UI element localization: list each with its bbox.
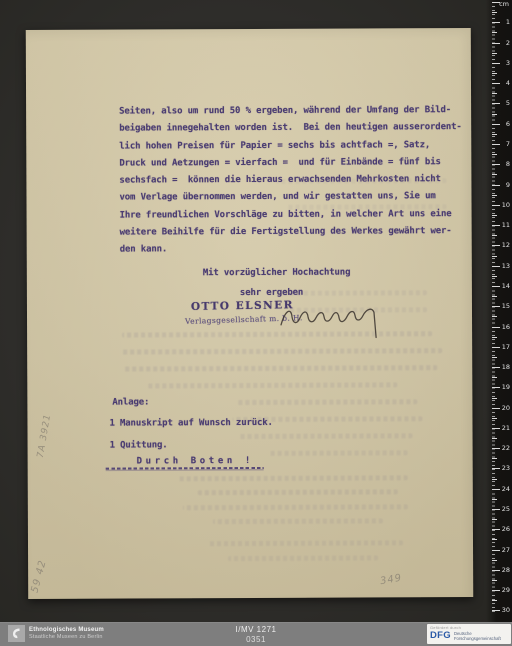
ruler-unit-label: cm: [499, 0, 509, 8]
ruler-tick-mid: [492, 499, 497, 500]
ruler-number: 13: [498, 262, 510, 270]
ruler-tick-mid: [492, 12, 497, 13]
ruler-tick-mid: [492, 154, 497, 155]
letter-body-line: weitere Beihilfe für die Fertigstellung …: [120, 223, 470, 242]
handwritten-signature: [277, 290, 392, 346]
letter-paper: Seiten, also um rund 50 % ergeben, währe…: [26, 28, 473, 599]
enclosures-heading: Anlage:: [112, 394, 149, 411]
bleedthrough-texture: [178, 475, 408, 481]
letter-body-line: Ihre freundlichen Vorschläge zu bitten, …: [120, 206, 470, 225]
ruler-number: 4: [498, 79, 510, 87]
ruler-number: 5: [498, 99, 510, 107]
ruler-number: 1: [498, 18, 510, 26]
ruler-tick-mid: [492, 235, 497, 236]
ruler-tick-mid: [492, 418, 497, 419]
bleedthrough-texture: [122, 348, 442, 354]
bleedthrough-texture: [268, 450, 408, 456]
ruler-tick-mid: [492, 53, 497, 54]
ruler-number: 3: [498, 59, 510, 67]
ruler-number: 11: [498, 221, 510, 229]
ruler-number: 6: [498, 120, 510, 128]
ruler-tick-mid: [492, 519, 497, 520]
closing-formula: Mit vorzüglicher Hochachtung: [203, 265, 351, 283]
pencil-archive-number-lower: 59 42: [27, 551, 50, 602]
ruler-tick-mid: [492, 357, 497, 358]
letter-body-line: vom Verlage übernommen werden, und wir g…: [119, 189, 469, 208]
ruler-number: 17: [498, 343, 510, 351]
ruler-tick-mid: [492, 93, 497, 94]
bleedthrough-texture: [213, 518, 383, 524]
ruler-number: 22: [498, 444, 510, 452]
ruler-number: 12: [498, 241, 510, 249]
ruler-number: 20: [498, 404, 510, 412]
ruler-number: 19: [498, 383, 510, 391]
ruler-number: 29: [498, 586, 510, 594]
ruler-tick-mid: [492, 560, 497, 561]
ruler-number: 14: [498, 282, 510, 290]
bleedthrough-texture: [208, 540, 403, 546]
letter-body-line: lich hohen Preisen für Papier = sechs bi…: [119, 137, 469, 156]
ruler-tick-major: [492, 2, 500, 3]
ruler-number: 10: [498, 201, 510, 209]
ruler-number: 21: [498, 424, 510, 432]
ruler-number: 7: [498, 140, 510, 148]
ruler-tick-mid: [492, 438, 497, 439]
ruler-tick-mid: [492, 316, 497, 317]
ruler-number: 8: [498, 160, 510, 168]
letter-body-line: den kann.: [120, 240, 470, 259]
ruler-tick-mid: [492, 256, 497, 257]
ruler-tick-mid: [492, 134, 497, 135]
ruler-tick-mid: [492, 580, 497, 581]
letter-body-line: sechsfach = können die hieraus erwachsen…: [119, 171, 469, 190]
ruler-number: 25: [498, 505, 510, 513]
ruler-tick-mid: [492, 539, 497, 540]
ruler-tick-mid: [492, 32, 497, 33]
enclosure-item: 1 Manuskript auf Wunsch zurück.: [109, 412, 272, 435]
bleedthrough-texture: [237, 399, 417, 405]
dfg-name-line2: Forschungsgemeinschaft: [454, 636, 501, 641]
pencil-page-number: 349: [379, 573, 403, 588]
archive-footer-bar: Ethnologisches Museum Staatliche Museen …: [0, 622, 512, 646]
pencil-archive-number-upper: 7A 3921: [34, 401, 56, 472]
ruler-tick-mid: [492, 600, 497, 601]
letter-body: Seiten, also um rund 50 % ergeben, währe…: [119, 102, 470, 259]
letter-body-line: beigaben innegehalten worden ist. Bei de…: [119, 119, 469, 138]
ruler-tick-mid: [492, 377, 497, 378]
enclosure-list: 1 Manuskript auf Wunsch zurück.1 Quittun…: [109, 412, 273, 457]
scanned-document-page: Seiten, also um rund 50 % ergeben, währe…: [0, 0, 512, 646]
ruler-number: 26: [498, 525, 510, 533]
ruler-tick-mid: [492, 337, 497, 338]
ruler-tick-mid: [492, 114, 497, 115]
ruler-tick-mid: [492, 276, 497, 277]
ruler-number: 2: [498, 39, 510, 47]
bleedthrough-texture: [147, 382, 397, 388]
ruler-number: 9: [498, 181, 510, 189]
ruler-number: 15: [498, 302, 510, 310]
ruler-tick-mid: [492, 479, 497, 480]
letter-body-line: Seiten, also um rund 50 % ergeben, währe…: [119, 102, 469, 121]
dfg-funding-logo: Gefördert durch DFG Deutsche Forschungsg…: [427, 624, 511, 644]
ruler-number: 23: [498, 464, 510, 472]
measurement-ruler: cm 1234567891011121314151617181920212223…: [486, 0, 512, 622]
ruler-number: 24: [498, 485, 510, 493]
ruler-tick-mid: [492, 195, 497, 196]
ruler-number: 16: [498, 323, 510, 331]
bleedthrough-texture: [228, 555, 378, 561]
ruler-tick-mid: [492, 296, 497, 297]
letter-body-line: Druck und Aetzungen = vierfach = und für…: [119, 154, 469, 173]
ruler-number: 28: [498, 566, 510, 574]
bleedthrough-texture: [183, 504, 408, 510]
bleedthrough-texture: [198, 489, 398, 495]
ruler-tick-mid: [492, 215, 497, 216]
ruler-tick-mid: [492, 73, 497, 74]
dfg-logo-icon: DFG: [430, 631, 451, 641]
ruler-tick-mid: [492, 398, 497, 399]
ruler-tick-mid: [492, 458, 497, 459]
ruler-number: 18: [498, 363, 510, 371]
bleedthrough-texture: [122, 365, 437, 371]
ruler-number: 27: [498, 546, 510, 554]
ruler-number: 30: [498, 606, 510, 614]
ruler-tick-mid: [492, 174, 497, 175]
